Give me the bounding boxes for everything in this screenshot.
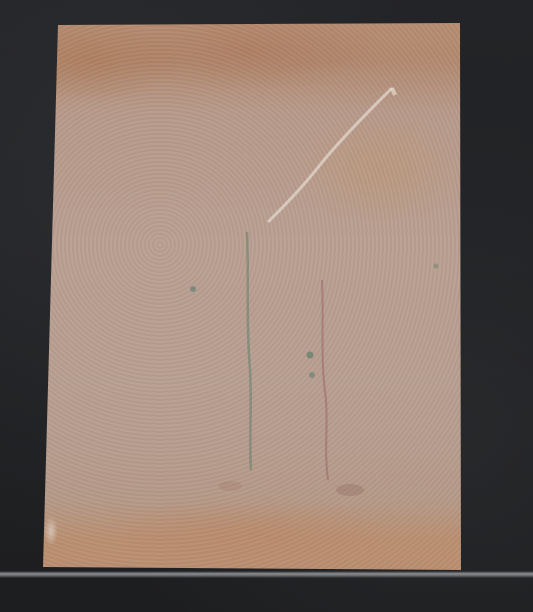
mount-fiber-strip <box>0 571 533 578</box>
stamp-paper-texture <box>0 0 533 612</box>
paper-fiber-spot <box>44 516 58 546</box>
